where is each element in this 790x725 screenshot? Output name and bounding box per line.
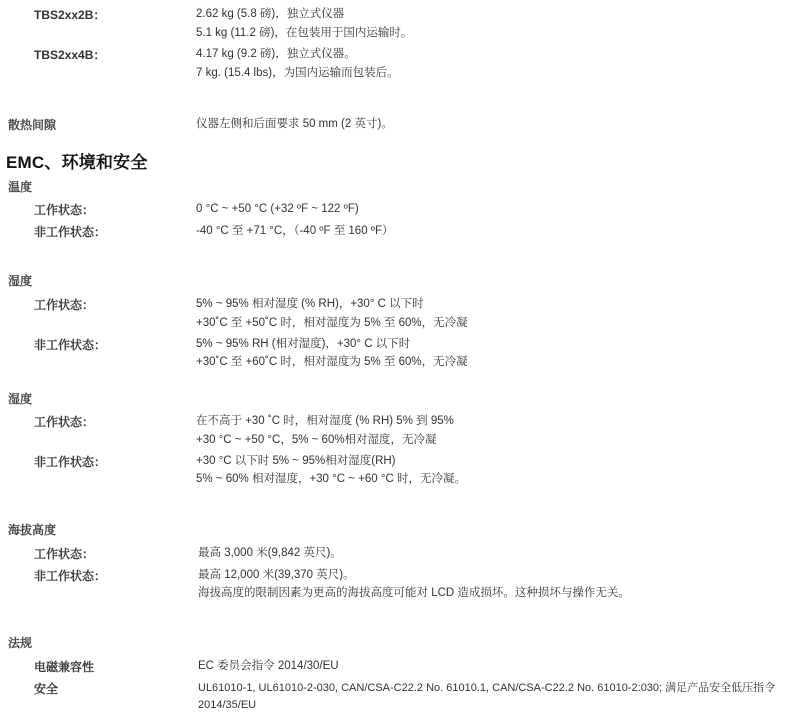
safety-label: 安全 [34, 680, 58, 697]
altitude-operating-label: 工作状态： [34, 545, 94, 562]
humidity-value-line: +30˚C 至 +50˚C 时，相对湿度为 5% 至 60%，无冷凝 [196, 314, 468, 332]
weight-label-tbs2xx4b: TBS2xx4B： [34, 46, 105, 63]
safety-value-line: 2014/35/EU [198, 696, 256, 714]
clearance-label: 散热间隙 [8, 116, 56, 133]
weight-value-line: 7 kg. (15.4 lbs)，为国内运输而包装后。 [196, 64, 399, 82]
safety-value-line: UL61010-1, UL61010-2-030, CAN/CSA-C22.2 … [198, 679, 775, 697]
regulatory-title: 法规 [8, 634, 32, 651]
weight-value-line: 2.62 kg (5.8 磅)，独立式仪器 [196, 5, 344, 23]
humidity-value-line: +30˚C 至 +60˚C 时，相对湿度为 5% 至 60%，无冷凝 [196, 353, 468, 371]
emc-value: EC 委员会指令 2014/30/EU [198, 657, 339, 675]
humidity-value-line: +30 °C ~ +50 °C，5% ~ 60%相对湿度，无冷凝 [196, 431, 437, 449]
temperature-operating-value: 0 °C ~ +50 °C (+32 ºF ~ 122 ºF) [196, 200, 359, 218]
altitude-nonoperating-label: 非工作状态： [34, 567, 106, 584]
altitude-value-line: 海拔高度的限制因素为更高的海拔高度可能对 LCD 造成损坏。这种损坏与操作无关。 [198, 584, 630, 602]
humidity-operating-label: 工作状态： [34, 296, 94, 313]
clearance-value: 仪器左侧和后面要求 50 mm (2 英寸)。 [196, 115, 393, 133]
temperature-operating-label: 工作状态： [34, 201, 94, 218]
temperature-nonoperating-value: -40 °C 至 +71 °C，（-40 ºF 至 160 ºF） [196, 222, 394, 240]
humidity-nonoperating-label: 非工作状态： [34, 336, 106, 353]
humidity-title: 湿度 [8, 272, 32, 289]
altitude-operating-value: 最高 3,000 米(9,842 英尺)。 [198, 544, 342, 562]
emc-label: 电磁兼容性 [34, 658, 94, 675]
humidity-value-line: 5% ~ 60% 相对湿度，+30 °C ~ +60 °C 时，无冷凝。 [196, 470, 466, 488]
humidity-value-line: 5% ~ 95% 相对湿度 (% RH)，+30° C 以下时 [196, 295, 424, 313]
section-heading: EMC、环境和安全 [6, 148, 148, 173]
weight-value-line: 5.1 kg (11.2 磅)，在包装用于国内运输时。 [196, 24, 412, 42]
altitude-value-line: 最高 12,000 米(39,370 英尺)。 [198, 566, 355, 584]
weight-value-line: 4.17 kg (9.2 磅)，独立式仪器。 [196, 45, 356, 63]
humidity-operating-label: 工作状态： [34, 413, 94, 430]
humidity-value-line: 在不高于 +30 ˚C 时，相对湿度 (% RH) 5% 到 95% [196, 412, 454, 430]
humidity-title: 湿度 [8, 390, 32, 407]
temperature-title: 温度 [8, 178, 32, 195]
temperature-nonoperating-label: 非工作状态： [34, 223, 106, 240]
weight-label-tbs2xx2b: TBS2xx2B： [34, 6, 105, 23]
humidity-nonoperating-label: 非工作状态： [34, 453, 106, 470]
humidity-value-line: 5% ~ 95% RH (相对湿度)，+30° C 以下时 [196, 335, 410, 353]
altitude-title: 海拔高度 [8, 521, 56, 538]
humidity-value-line: +30 °C 以下时 5% ~ 95%相对湿度(RH) [196, 452, 396, 470]
